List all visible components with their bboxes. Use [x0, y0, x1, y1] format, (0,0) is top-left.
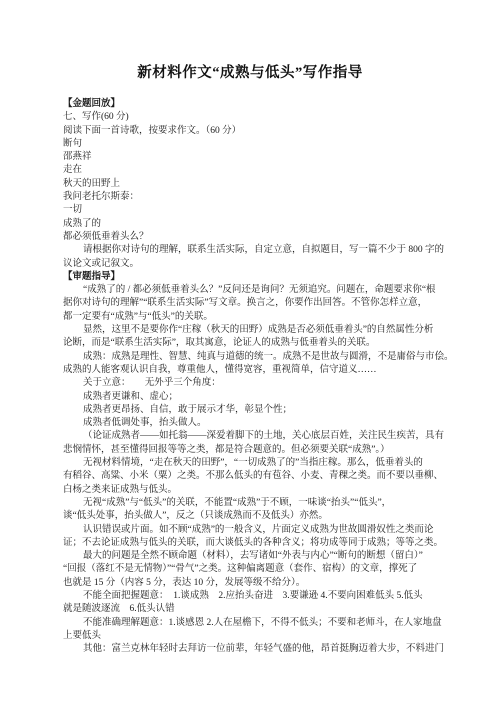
text-line: 成熟者低调处事，抬头做人。	[63, 417, 437, 430]
text-line: 成熟的人能客观认识自我，尊重他人，懂得宽容，重视简单，信守道义……	[63, 364, 437, 377]
text-line: 邵燕祥	[63, 151, 437, 164]
text-line: 断句	[63, 138, 437, 151]
text-line: “成熟了的 / 都必须低垂着头么？”反问还是询问？无须追究。问题在，命题要求你“…	[63, 284, 437, 297]
page-title: 新材料作文“成熟与低头”写作指导	[0, 0, 500, 82]
text-line: 七、写作(60 分)	[63, 111, 437, 124]
text-line: （论证成熟者——如托翁——深爱着脚下的土地，关心底层百姓，关注民生疾苦，具有	[63, 430, 437, 443]
text-line: 论断，而是“联系生活实际”，取其寓意，论证人的成熟与低垂着头的关联。	[63, 337, 437, 350]
text-line: 都必须低垂着头么？	[63, 231, 437, 244]
text-line: 关于立意： 无外乎三个角度：	[63, 377, 437, 390]
text-line: 上要低头	[63, 630, 437, 643]
text-line: 就是随波逐流 6.低头认错	[63, 603, 437, 616]
text-line: 谈“低头处事，抬头做人”，反之（只谈成熟而不及低头）亦然。	[63, 510, 437, 523]
text-line: 成熟：成熟是理性、智慧、纯真与道德的统一。成熟不是世故与圆滑，不是庸俗与市侩。	[63, 351, 437, 364]
text-line: 其他：富兰克林年轻时去拜访一位前辈，年轻气盛的他，昂首挺胸迈着大步，不料进门	[63, 643, 437, 656]
text-line: 成熟者更谦和、虚心；	[63, 391, 437, 404]
text-line: 成熟者更昂扬、自信，敢于展示才华，彰显个性；	[63, 404, 437, 417]
text-line: 无视“成熟”与“低头”的关联，不能置“成熟”于不顾，一味谈“抬头”“低头”，	[63, 497, 437, 510]
text-line: 悲悯情怀，甚至懂得回报等等之类，都是符合题意的。但必须要关联“成熟”。）	[63, 444, 437, 457]
text-line: 阅读下面一首诗歌，按要求作文。（60 分）	[63, 125, 437, 138]
section-heading: 【金题回放】	[63, 98, 437, 111]
document-page: 新材料作文“成熟与低头”写作指导 【金题回放】七、写作(60 分)阅读下面一首诗…	[0, 0, 500, 707]
text-line: 不能全面把握题意： 1.谈成熟 2.应抬头奋进 3.要谦逊 4.不要向困难低头 …	[63, 590, 437, 603]
text-line: 证；不去论证成熟与低头的关联，而大谈低头的各种含义；将功成等同于成熟；等等之类。	[63, 537, 437, 550]
text-line: 我问老托尔斯泰：	[63, 191, 437, 204]
text-line: 秋天的田野上	[63, 178, 437, 191]
text-line: 无视材料情境，“走在秋天的田野”，“一切成熟了的”当指庄稼。那么，低垂着头的	[63, 457, 437, 470]
text-line: 走在	[63, 164, 437, 177]
text-line: “回报（落红不是无情物）”“骨气”之类。这种偏离题意（套作、宿构）的文章，撑死了	[63, 563, 437, 576]
text-line: 一切	[63, 204, 437, 217]
text-line: 成熟了的	[63, 218, 437, 231]
text-line: 认识错误或片面。如不顾“成熟”的一般含义，片面定义成熟为世故圆滑奴性之类而论	[63, 524, 437, 537]
text-line: 显然，这里不是要你作“庄稼（秋天的田野）成熟是否必须低垂着头”的自然属性分析	[63, 324, 437, 337]
text-line: 议论文或记叙文。	[63, 258, 437, 271]
text-line: 不能准确理解题意：1.谈感恩 2.人在屋檐下，不得不低头；不要和老师斗，在人家地…	[63, 617, 437, 630]
document-body: 【金题回放】七、写作(60 分)阅读下面一首诗歌，按要求作文。（60 分）断句邵…	[0, 98, 500, 656]
text-line: 白杨之类来证成熟与低头。	[63, 484, 437, 497]
text-line: 最大的问题是全然不顾命题（材料），去写诸如“外表与内心”“断句的断想（留白）”	[63, 550, 437, 563]
text-line: 据你对诗句的理解”“联系生活实际”写文章。换言之，你要作出回答。不管你怎样立意，	[63, 297, 437, 310]
text-line: 都一定要有“成熟”与“低头”的关联。	[63, 311, 437, 324]
text-line: 有稻谷、高粱、小米（粟）之类。不那么低头的有苞谷、小麦、青稞之类。而不要以垂柳、	[63, 470, 437, 483]
section-heading: 【审题指导】	[63, 271, 437, 284]
text-line: 也就是 15 分（内容 5 分，表达 10 分，发展等级不给分）。	[63, 577, 437, 590]
text-line: 请根据你对诗句的理解，联系生活实际，自定立意，自拟题目，写一篇不少于 800 字…	[63, 244, 437, 257]
